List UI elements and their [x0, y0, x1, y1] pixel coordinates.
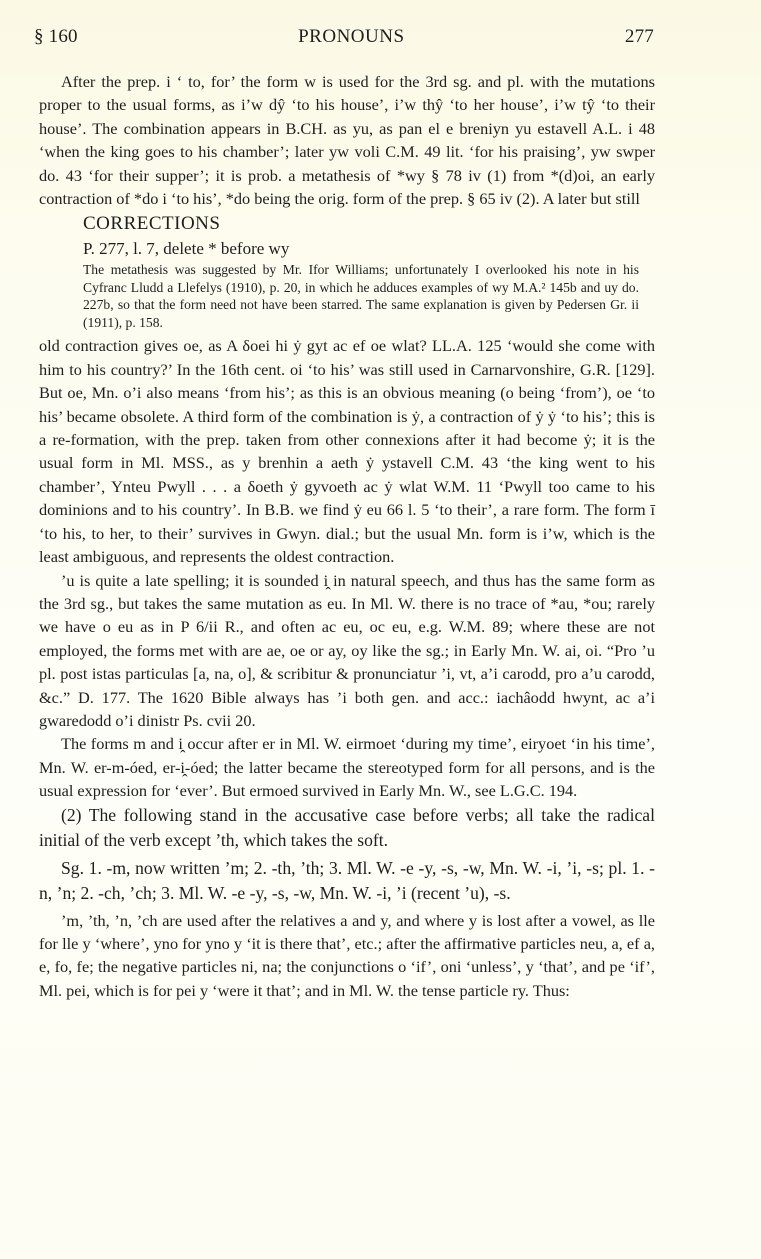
corrections-note: The metathesis was suggested by Mr. Ifor… — [83, 261, 639, 331]
corrections-title: CORRECTIONS — [83, 212, 639, 236]
paragraph-forms-m-i: The forms m and i̭ occur after er in Ml.… — [39, 732, 655, 802]
book-page: § 160 PRONOUNS 277 After the prep. i ‘ t… — [0, 0, 761, 1259]
paragraph-old-contraction: old contraction gives oe, as A δoei hi ẏ… — [39, 334, 655, 568]
page-number: 277 — [625, 26, 654, 48]
paragraph-usage: ’m, ’th, ’n, ’ch are used after the rela… — [39, 909, 655, 1003]
paragraph-accusative: (2) The following stand in the accusativ… — [39, 803, 655, 854]
paragraph-paradigm: Sg. 1. -m, now written ’m; 2. -th, ’th; … — [39, 856, 655, 907]
page-title: PRONOUNS — [298, 26, 404, 48]
paragraph-prep-i: After the prep. i ‘ to, for’ the form w … — [39, 70, 655, 210]
page-body: After the prep. i ‘ to, for’ the form w … — [39, 70, 655, 1002]
section-number: § 160 — [34, 26, 78, 48]
paragraph-u-spelling: ’u is quite a late spelling; it is sound… — [39, 569, 655, 733]
corrections-slip: CORRECTIONS P. 277, l. 7, delete * befor… — [83, 212, 639, 331]
corrections-reference: P. 277, l. 7, delete * before wy — [83, 236, 639, 261]
running-header: § 160 PRONOUNS 277 — [34, 26, 654, 48]
